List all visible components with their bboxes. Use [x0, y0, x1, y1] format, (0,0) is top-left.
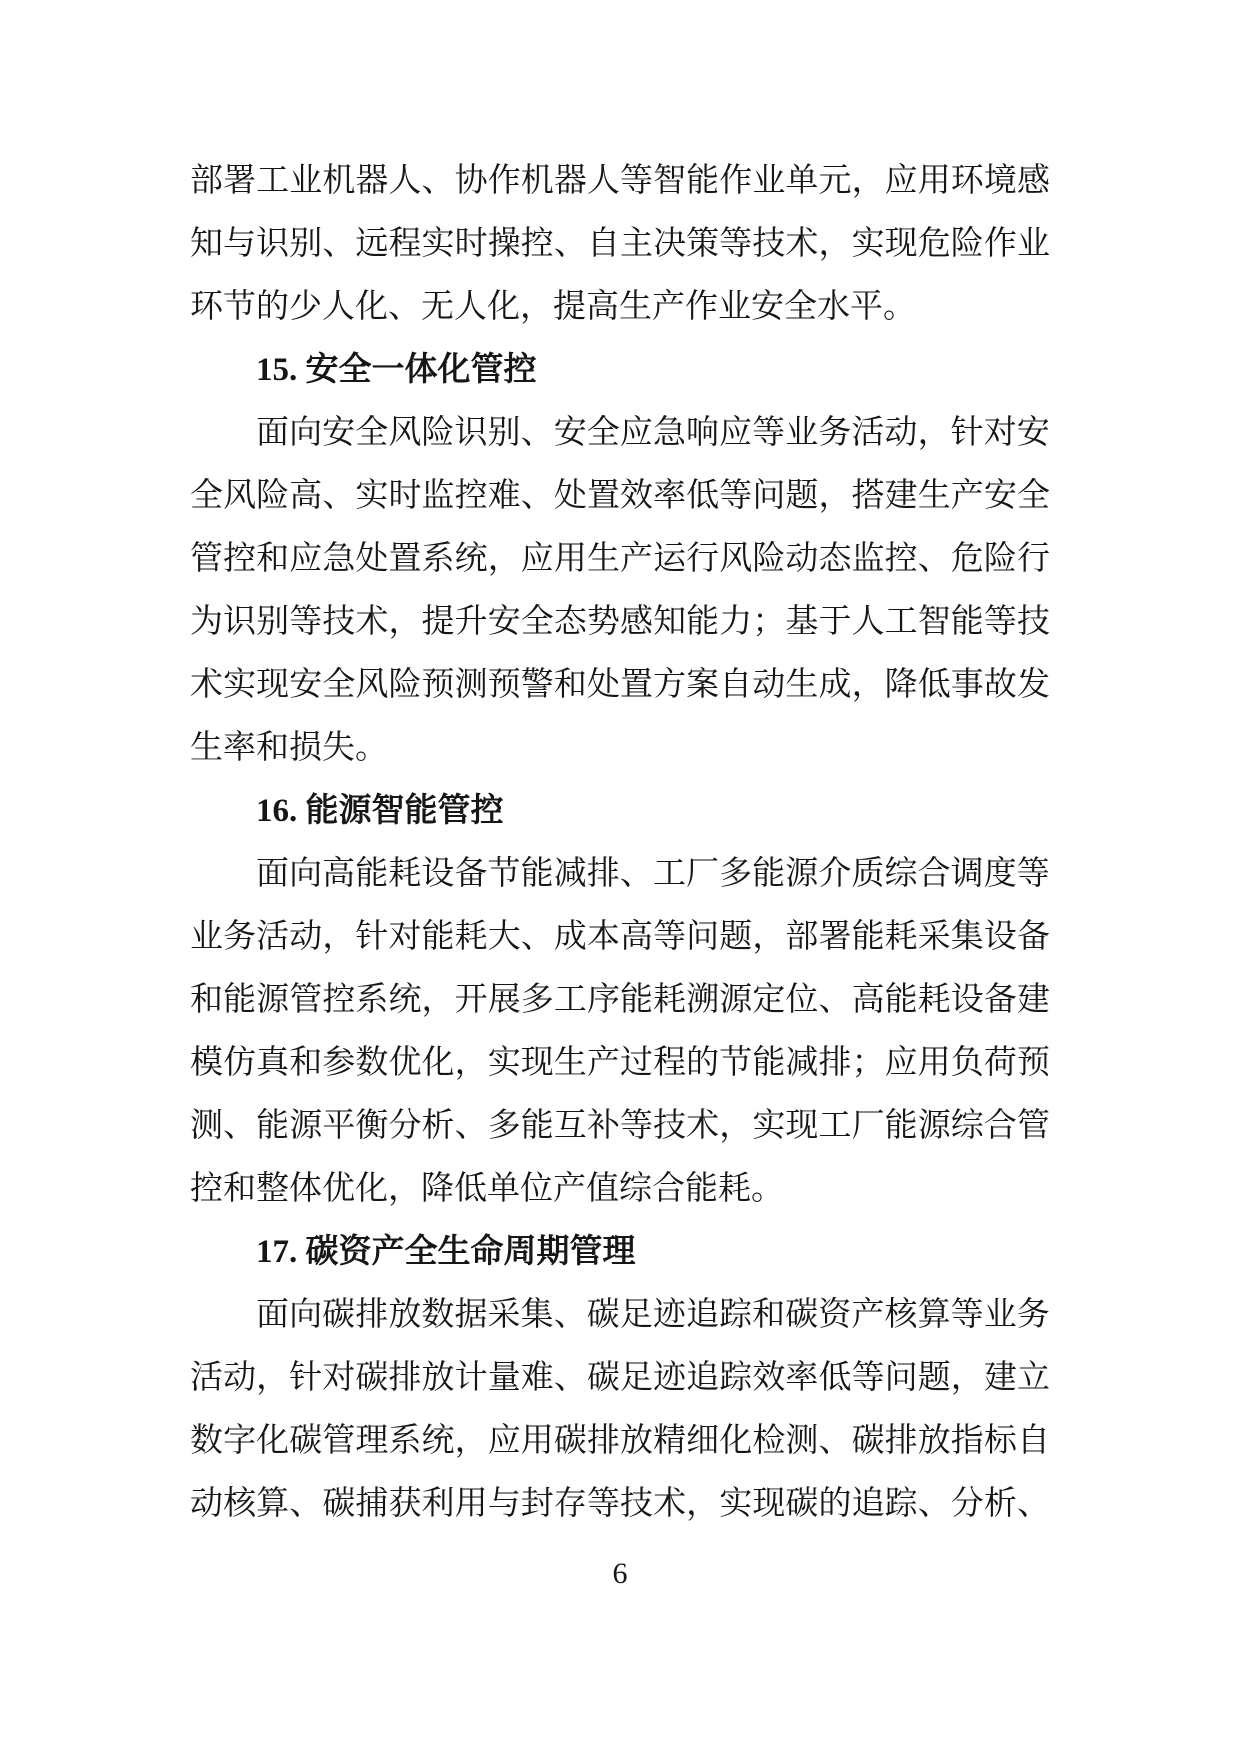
text-line: 数字化碳管理系统，应用碳排放精细化检测、碳排放指标自: [190, 1410, 1050, 1473]
text-line: 为识别等技术，提升安全态势感知能力；基于人工智能等技: [190, 591, 1050, 654]
text-line: 知与识别、远程实时操控、自主决策等技术，实现危险作业: [190, 213, 1050, 276]
text-line: 全风险高、实时监控难、处置效率低等问题，搭建生产安全: [190, 465, 1050, 528]
text-line: 面向高能耗设备节能减排、工厂多能源介质综合调度等: [190, 843, 1050, 906]
section-17: 17. 碳资产全生命周期管理 面向碳排放数据采集、碳足迹追踪和碳资产核算等业务 …: [190, 1221, 1050, 1536]
text-line: 动核算、碳捕获利用与封存等技术，实现碳的追踪、分析、: [190, 1473, 1050, 1536]
text-line: 和能源管控系统，开展多工序能耗溯源定位、高能耗设备建: [190, 969, 1050, 1032]
section-15: 15. 安全一体化管控 面向安全风险识别、安全应急响应等业务活动，针对安 全风险…: [190, 339, 1050, 780]
document-page: 部署工业机器人、协作机器人等智能作业单元，应用环境感 知与识别、远程实时操控、自…: [0, 0, 1240, 1753]
text-line: 测、能源平衡分析、多能互补等技术，实现工厂能源综合管: [190, 1095, 1050, 1158]
section-heading-16: 16. 能源智能管控: [190, 780, 1050, 843]
section-heading-15: 15. 安全一体化管控: [190, 339, 1050, 402]
section-heading-17: 17. 碳资产全生命周期管理: [190, 1221, 1050, 1284]
page-number: 6: [190, 1554, 1050, 1594]
text-line: 管控和应急处置系统，应用生产运行风险动态监控、危险行: [190, 528, 1050, 591]
text-line: 面向碳排放数据采集、碳足迹追踪和碳资产核算等业务: [190, 1284, 1050, 1347]
text-line: 控和整体优化，降低单位产值综合能耗。: [190, 1158, 1050, 1221]
text-line: 环节的少人化、无人化，提高生产作业安全水平。: [190, 276, 1050, 339]
paragraph-intro: 部署工业机器人、协作机器人等智能作业单元，应用环境感 知与识别、远程实时操控、自…: [190, 150, 1050, 339]
section-16: 16. 能源智能管控 面向高能耗设备节能减排、工厂多能源介质综合调度等 业务活动…: [190, 780, 1050, 1221]
text-line: 模仿真和参数优化，实现生产过程的节能减排；应用负荷预: [190, 1032, 1050, 1095]
text-line: 活动，针对碳排放计量难、碳足迹追踪效率低等问题，建立: [190, 1347, 1050, 1410]
text-line: 面向安全风险识别、安全应急响应等业务活动，针对安: [190, 402, 1050, 465]
text-line: 业务活动，针对能耗大、成本高等问题，部署能耗采集设备: [190, 906, 1050, 969]
text-line: 生率和损失。: [190, 717, 1050, 780]
text-line: 部署工业机器人、协作机器人等智能作业单元，应用环境感: [190, 150, 1050, 213]
text-line: 术实现安全风险预测预警和处置方案自动生成，降低事故发: [190, 654, 1050, 717]
